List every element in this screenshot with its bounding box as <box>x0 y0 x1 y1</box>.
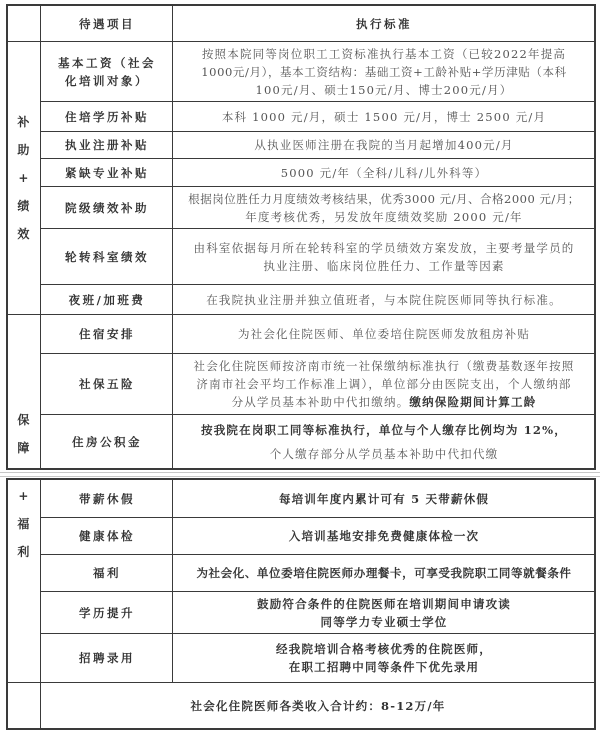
item-accommodation: 住宿安排 <box>42 315 172 353</box>
header-standard-col: 执行标准 <box>174 6 594 41</box>
std-rotation-performance: 由科室依据每月所在轮转科室的学员绩效方案发放，主要考量学员的 执业注册、临床岗位… <box>174 229 594 284</box>
std-paid-leave: 每培训年度内累计可有 5 天带薪休假 <box>174 480 594 517</box>
item-education-improvement: 学历提升 <box>42 592 172 633</box>
item-registration-allowance: 执业注册补贴 <box>42 132 172 158</box>
std-shortage-allowance: 5000 元/年（全科/儿科/儿外科等） <box>174 159 594 186</box>
benefits-table-part1: 待遇项目 执行标准 补 助 + 绩 效 基本工资（社会 化培训对象） 按照本院同… <box>6 4 596 470</box>
std-accommodation: 为社会化住院医师、单位委培住院医师发放租房补贴 <box>174 315 594 353</box>
std-basic-salary: 按照本院同等岗位职工工资标准执行基本工资（已较2022年提高 1000元/月），… <box>174 42 594 101</box>
item-education-allowance: 住培学历补贴 <box>42 102 172 131</box>
col-divider <box>172 480 173 682</box>
std-education-allowance: 本科 1000 元/月，硕士 1500 元/月，博士 2500 元/月 <box>174 102 594 131</box>
std-health-check: 入培训基地安排免费健康体检一次 <box>174 518 594 554</box>
std-hospital-performance: 根据岗位胜任力月度绩效考核结果，优秀3000 元/月、合格2000 元/月； 年… <box>174 187 594 228</box>
std-registration-allowance: 从执业医师注册在我院的当月起增加400元/月 <box>174 132 594 158</box>
page-gap-line <box>0 472 600 473</box>
category-security: 保 障 <box>8 315 40 468</box>
std-education-improvement: 鼓励符合条件的住院医师在培训期间申请攻读 同等学力专业硕士学位 <box>174 592 594 633</box>
item-social-insurance: 社保五险 <box>42 354 172 414</box>
item-basic-salary: 基本工资（社会 化培训对象） <box>42 42 172 101</box>
category-subsidy-performance: 补 助 + 绩 效 <box>8 42 40 314</box>
item-rotation-performance: 轮转科室绩效 <box>42 229 172 284</box>
page-gap-line <box>0 476 600 477</box>
std-social-insurance: 社会化住院医师按济南市统一社保缴纳标准执行（缴费基数逐年按照 济南市社会平均工作… <box>174 354 594 414</box>
item-housing-fund: 住房公积金 <box>42 415 172 468</box>
item-shortage-allowance: 紧缺专业补贴 <box>42 159 172 186</box>
item-welfare: 福利 <box>42 555 172 591</box>
col-divider <box>40 6 41 468</box>
header-item-col: 待遇项目 <box>42 6 172 41</box>
benefits-table-part2: + 福 利 带薪休假 每培训年度内累计可有 5 天带薪休假 健康体检 入培训基地… <box>6 478 596 730</box>
item-night-shift-pay: 夜班/加班费 <box>42 285 172 314</box>
std-housing-fund: 按我院在岗职工同等标准执行，单位与个人缴存比例均为 12%， 个人缴存部分从学员… <box>174 415 594 468</box>
col-divider <box>172 6 173 468</box>
item-hospital-performance: 院级绩效补助 <box>42 187 172 228</box>
std-night-shift-pay: 在我院执业注册并独立值班者，与本院住院医师同等执行标准。 <box>174 285 594 314</box>
std-welfare: 为社会化、单位委培住院医师办理餐卡，可享受我院职工同等就餐条件 <box>174 555 594 591</box>
std-recruitment: 经我院培训合格考核优秀的住院医师， 在职工招聘中同等条件下优先录用 <box>174 634 594 682</box>
item-paid-leave: 带薪休假 <box>42 480 172 517</box>
income-summary: 社会化住院医师各类收入合计约：8-12万/年 <box>42 683 594 728</box>
item-health-check: 健康体检 <box>42 518 172 554</box>
category-welfare: + 福 利 <box>8 480 40 580</box>
item-recruitment: 招聘录用 <box>42 634 172 682</box>
